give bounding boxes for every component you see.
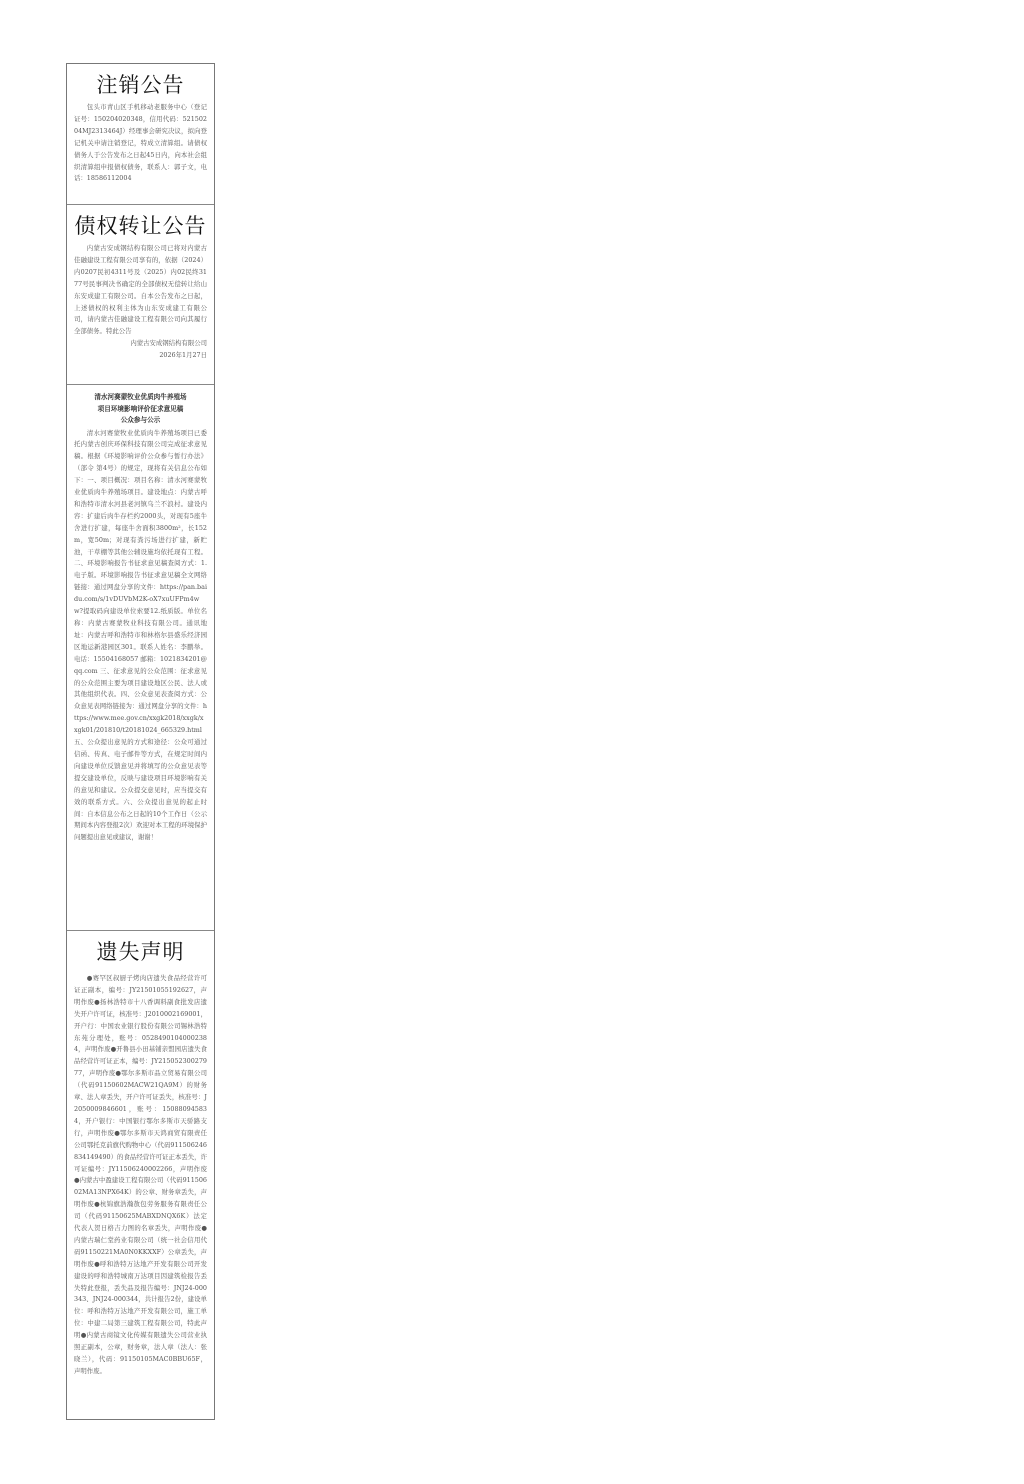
eia-notice-title-line-2: 项目环境影响评价征求意见稿 [74,404,207,416]
debt-transfer-notice-body: 内蒙古安成钢结构有限公司已将对内蒙古佳融建设工程有限公司享有的，依据（2024）… [74,243,207,338]
newspaper-classifieds-column: 注销公告 包头市青山区手机移动老服务中心（登记证号：150204020348，信… [66,63,215,1420]
debt-transfer-signature-date: 2026年1月27日 [74,350,207,362]
loss-declaration-body: ●赛罕区叔厨子烤肉店遗失食品经营许可证正副本，编号：JY215010551926… [74,973,207,1378]
debt-transfer-notice: 债权转让公告 内蒙古安成钢结构有限公司已将对内蒙古佳融建设工程有限公司享有的，依… [67,205,214,385]
loss-declaration-title: 遗失声明 [74,931,207,973]
eia-notice-body: 清水河赛蒙牧业优质肉牛养殖场项目已委托内蒙古创庆环保科技有限公司完成征求意见稿。… [74,428,207,845]
loss-declaration-notice: 遗失声明 ●赛罕区叔厨子烤肉店遗失食品经营许可证正副本，编号：JY2150105… [67,931,214,1419]
eia-notice-title-line-1: 清水河赛蒙牧业优质肉牛养殖场 [74,385,207,404]
debt-transfer-notice-title: 债权转让公告 [74,205,207,243]
eia-public-notice: 清水河赛蒙牧业优质肉牛养殖场 项目环境影响评价征求意见稿 公众参与公示 清水河赛… [67,385,214,931]
debt-transfer-signature-org: 内蒙古安成钢结构有限公司 [74,338,207,350]
deregistration-notice: 注销公告 包头市青山区手机移动老服务中心（登记证号：150204020348，信… [67,64,214,205]
eia-notice-title-line-3: 公众参与公示 [74,415,207,427]
deregistration-notice-title: 注销公告 [74,64,207,102]
deregistration-notice-body: 包头市青山区手机移动老服务中心（登记证号：150204020348，信用代码：5… [74,102,207,185]
